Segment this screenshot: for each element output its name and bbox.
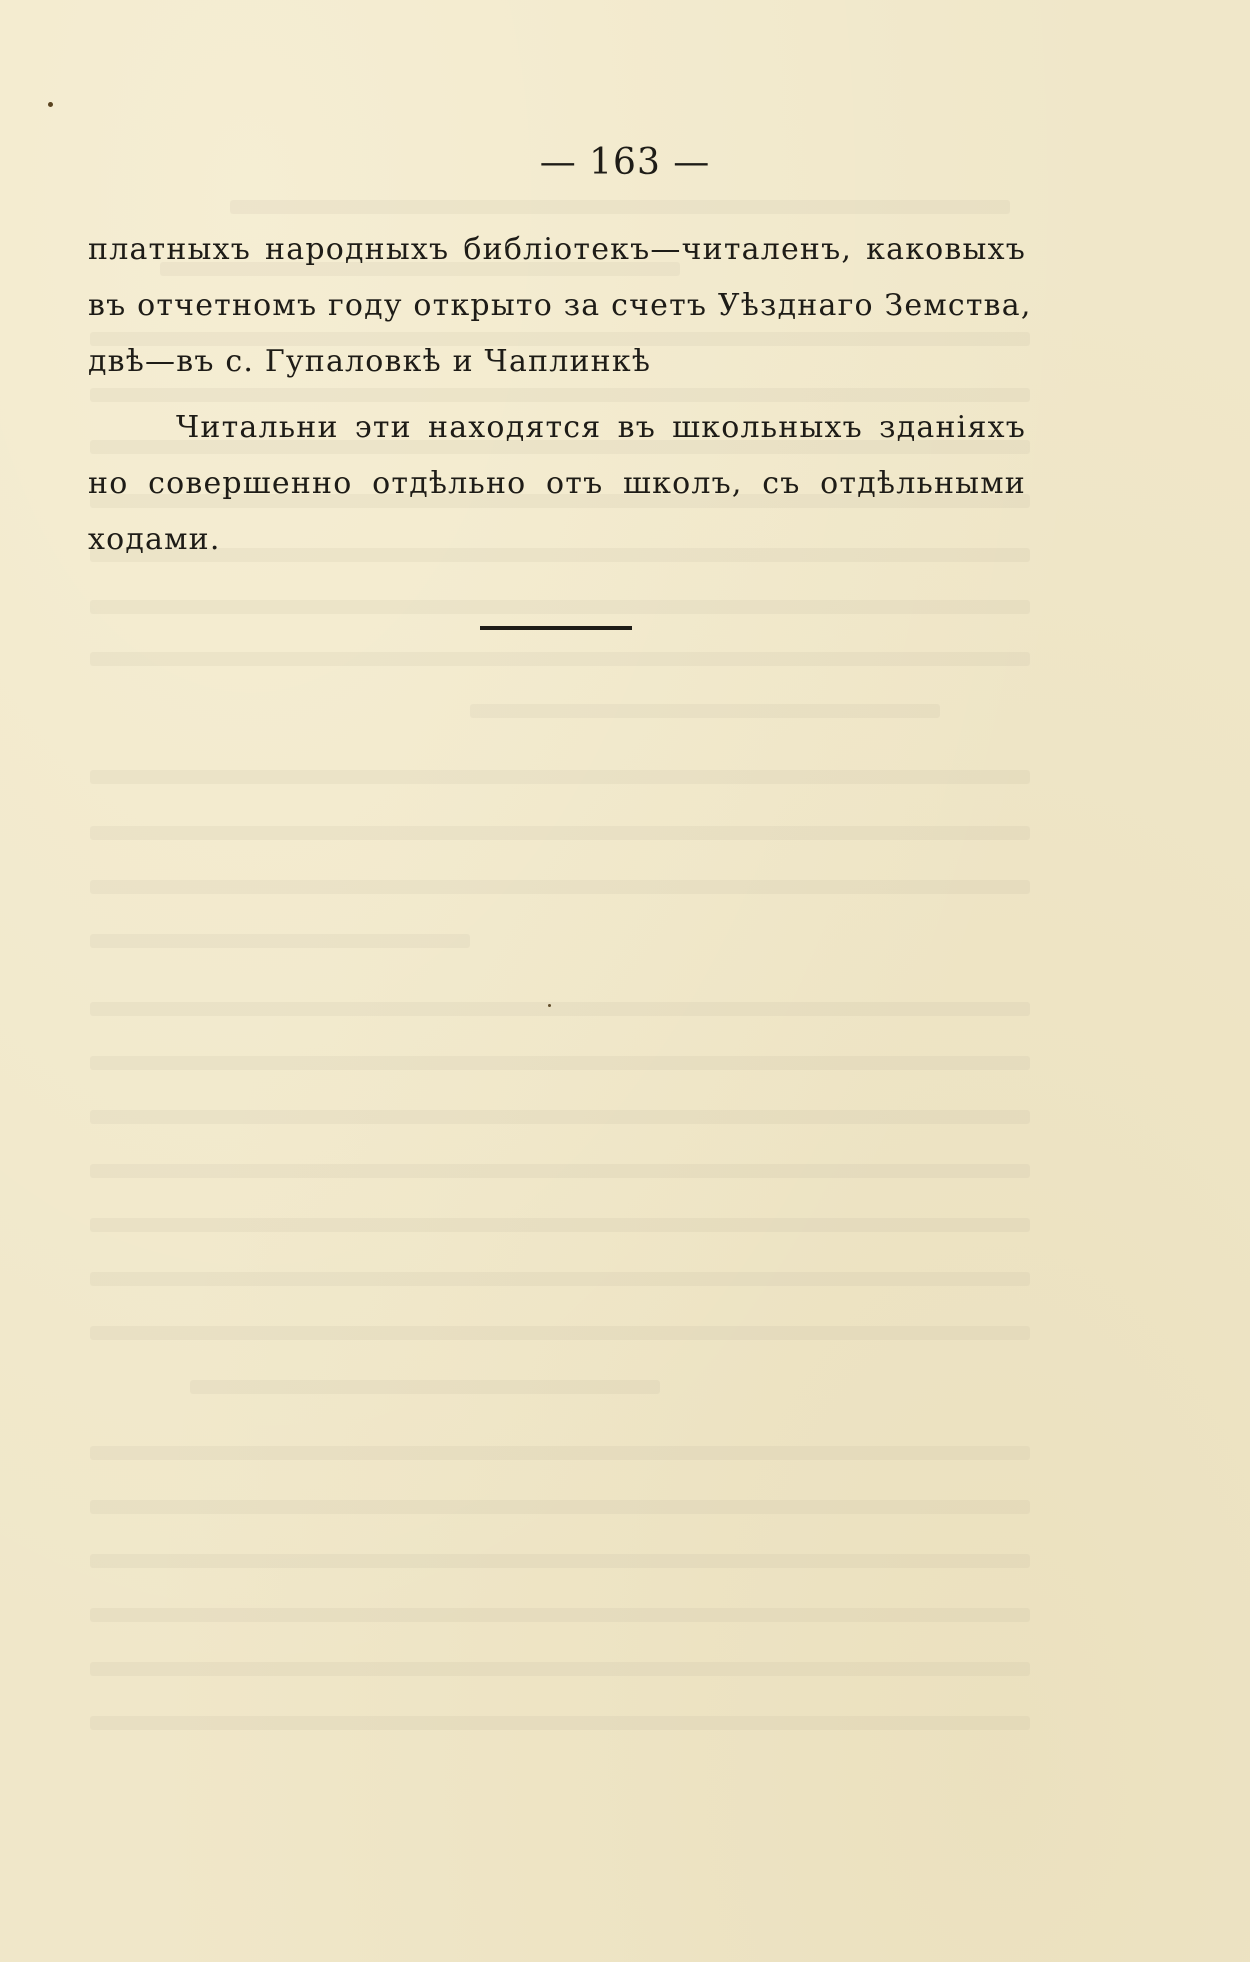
paper-speck (48, 102, 53, 107)
text-line: Читальни эти находятся въ школьныхъ здан… (88, 400, 1026, 456)
text-line: но совершенно отдѣльно отъ школъ, съ отд… (88, 456, 1026, 512)
paragraph-reading-rooms: Читальни эти находятся въ школьныхъ здан… (88, 400, 1026, 568)
book-page: — 163 — платныхъ народныхъ библіотекъ—чи… (0, 0, 1250, 1962)
text-line: въ отчетномъ году открыто за счетъ Уѣздн… (88, 278, 1026, 334)
text-line: двѣ—въ с. Гупаловкѣ и Чаплинкѣ (88, 334, 1026, 390)
page-number: — 163 — (0, 142, 1250, 183)
paragraph-libraries: платныхъ народныхъ библіотекъ—читаленъ, … (88, 222, 1026, 390)
text-line: платныхъ народныхъ библіотекъ—читаленъ, … (88, 222, 1026, 278)
section-end-rule (480, 626, 632, 630)
text-line: ходами. (88, 512, 1026, 568)
